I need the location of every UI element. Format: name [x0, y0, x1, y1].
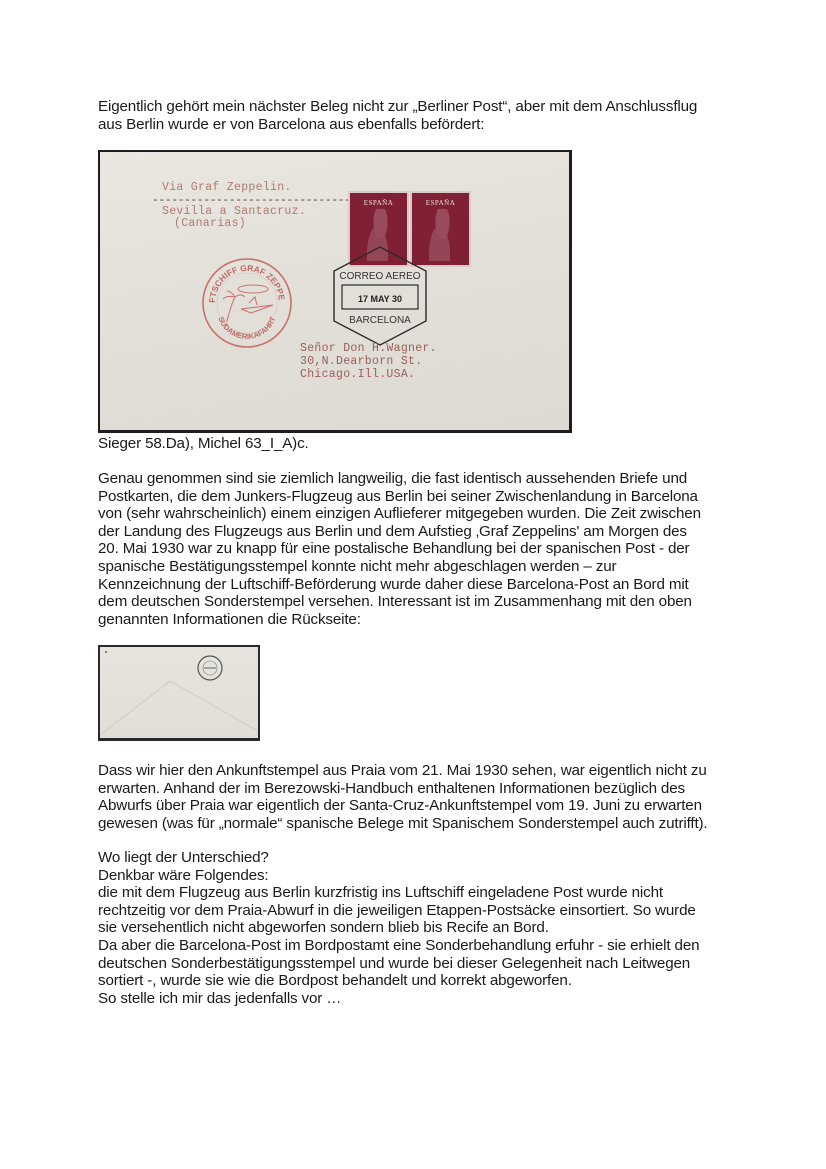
- intro-paragraph: Eigentlich gehört mein nächster Beleg ni…: [98, 98, 748, 133]
- typed-region-text: (Canarias): [174, 217, 246, 230]
- text-line: von (sehr wahrscheinlich) einem einzigen…: [98, 505, 748, 523]
- stamp-label: ESPAÑA: [350, 199, 407, 207]
- address-line: Señor Don H.Wagner.: [300, 342, 437, 355]
- cover-front-image: Via Graf Zeppelin. ---------------------…: [98, 150, 572, 433]
- text-line: die mit dem Flugzeug aus Berlin kurzfris…: [98, 884, 748, 902]
- text-line: spanische Bestätigungsstempel konnte nic…: [98, 558, 748, 576]
- envelope-flap-icon: [100, 647, 258, 738]
- text-line: aus Berlin wurde er von Barcelona aus eb…: [98, 116, 748, 134]
- hex-cancel-icon: CORREO AEREO 17 MAY 30 BARCELONA: [330, 245, 430, 347]
- stamp-portrait-icon: [426, 209, 456, 261]
- address-line: 30,N.Dearborn St.: [300, 355, 437, 368]
- text-line: Genau genommen sind sie ziemlich langwei…: [98, 470, 748, 488]
- svg-text:17 MAY 30: 17 MAY 30: [358, 294, 402, 304]
- text-line: deutschen Sonderbestätigungsstempel und …: [98, 955, 748, 973]
- text-line: gewesen (was für „normale“ spanische Bel…: [98, 815, 748, 833]
- svg-text:CORREO AEREO: CORREO AEREO: [339, 271, 420, 282]
- typed-via-text: Via Graf Zeppelin.: [162, 181, 292, 194]
- text-line: Kennzeichnung der Luftschiff-Beförderung…: [98, 576, 748, 594]
- text-line: Abwurfs über Praia war eigentlich der Sa…: [98, 797, 748, 815]
- address-line: Chicago.Ill.USA.: [300, 368, 437, 381]
- text-line: dem deutschen Sonderstempel versehen. In…: [98, 593, 748, 611]
- svg-text:SÜDAMERIKAFAHRT: SÜDAMERIKAFAHRT: [216, 315, 277, 341]
- paragraph-explanation: Genau genommen sind sie ziemlich langwei…: [98, 470, 748, 628]
- text-line: Eigentlich gehört mein nächster Beleg ni…: [98, 98, 748, 116]
- svg-text:BARCELONA: BARCELONA: [349, 315, 411, 326]
- text-line: sie versehentlich nicht abgeworfen sonde…: [98, 919, 748, 937]
- figure-caption: Sieger 58.Da), Michel 63_I_A)c.: [98, 435, 748, 453]
- text-line: Denkbar wäre Folgendes:: [98, 867, 748, 885]
- paragraph-conclusion: Wo liegt der Unterschied? Denkbar wäre F…: [98, 849, 748, 1007]
- caption-text: Sieger 58.Da), Michel 63_I_A)c.: [98, 435, 748, 453]
- text-line: 20. Mai 1930 war zu knapp für eine posta…: [98, 540, 748, 558]
- text-line: Wo liegt der Unterschied?: [98, 849, 748, 867]
- text-line: Dass wir hier den Ankunftstempel aus Pra…: [98, 762, 748, 780]
- text-line: sortiert -, wurde sie wie die Bordpost b…: [98, 972, 748, 990]
- address-block: Señor Don H.Wagner. 30,N.Dearborn St. Ch…: [300, 342, 437, 381]
- text-line: erwarten. Anhand der im Berezowski-Handb…: [98, 780, 748, 798]
- text-line: der Landung des Flugzeugs aus Berlin und…: [98, 523, 748, 541]
- text-line: Postkarten, die dem Junkers-Flugzeug aus…: [98, 488, 748, 506]
- zeppelin-cancel-icon: LUFTSCHIFF GRAF ZEPPELIN SÜDAMERIKAFAHRT: [201, 257, 293, 349]
- text-line: Da aber die Barcelona-Post im Bordpostam…: [98, 937, 748, 955]
- text-line: rechtzeitig vor dem Praia-Abwurf in die …: [98, 902, 748, 920]
- text-line: genannten Informationen die Rückseite:: [98, 611, 748, 629]
- text-line: So stelle ich mir das jedenfalls vor …: [98, 990, 748, 1008]
- paragraph-arrival-stamp: Dass wir hier den Ankunftstempel aus Pra…: [98, 762, 748, 832]
- stamp-label: ESPAÑA: [412, 199, 469, 207]
- cover-back-image: [98, 645, 260, 741]
